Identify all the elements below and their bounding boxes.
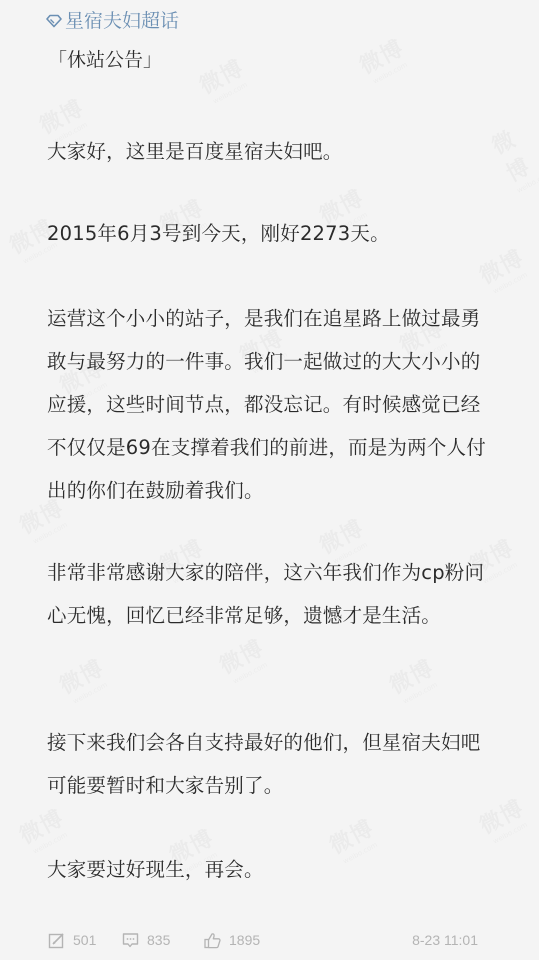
comment-button[interactable]: 835 xyxy=(122,932,170,949)
post-title: 「休站公告」 xyxy=(48,45,162,75)
watermark: 微博weibo.com xyxy=(384,651,443,707)
watermark: 微博weibo.com xyxy=(194,51,253,107)
topic-link[interactable]: 星宿夫妇超话 xyxy=(46,6,179,36)
repost-icon xyxy=(48,932,65,949)
like-button[interactable]: 1895 xyxy=(204,932,260,949)
repost-count: 501 xyxy=(73,932,96,948)
paragraph: 大家好，这里是百度星宿夫妇吧。 xyxy=(47,130,497,173)
comment-icon xyxy=(122,932,139,949)
timestamp: 8-23 11:01 xyxy=(412,932,478,948)
paragraph: 运营这个小小的站子，是我们在追星路上做过最勇敢与最努力的一件事。我们一起做过的大… xyxy=(47,297,497,512)
post-footer: 501 835 1895 8-23 11:01 xyxy=(0,926,539,954)
repost-button[interactable]: 501 xyxy=(48,932,96,949)
paragraph: 大家要过好现生，再会。 xyxy=(47,848,497,891)
watermark: 微博weibo.com xyxy=(54,651,113,707)
paragraph: 2015年6月3号到今天，刚好2273天。 xyxy=(47,212,497,255)
paragraph: 非常非常感谢大家的陪伴，这六年我们作为cp粉问心无愧，回忆已经非常足够，遗憾才是… xyxy=(47,551,497,637)
thumbs-up-icon xyxy=(204,932,221,949)
topic-label: 星宿夫妇超话 xyxy=(65,6,179,36)
like-count: 1895 xyxy=(229,932,260,948)
watermark: 微博weibo.com xyxy=(214,631,273,687)
paragraph: 接下来我们会各自支持最好的他们，但星宿夫妇吧可能要暂时和大家告别了。 xyxy=(47,721,497,807)
watermark: 微博weibo.com xyxy=(354,31,413,87)
comment-count: 835 xyxy=(147,932,170,948)
diamond-icon xyxy=(46,14,62,28)
